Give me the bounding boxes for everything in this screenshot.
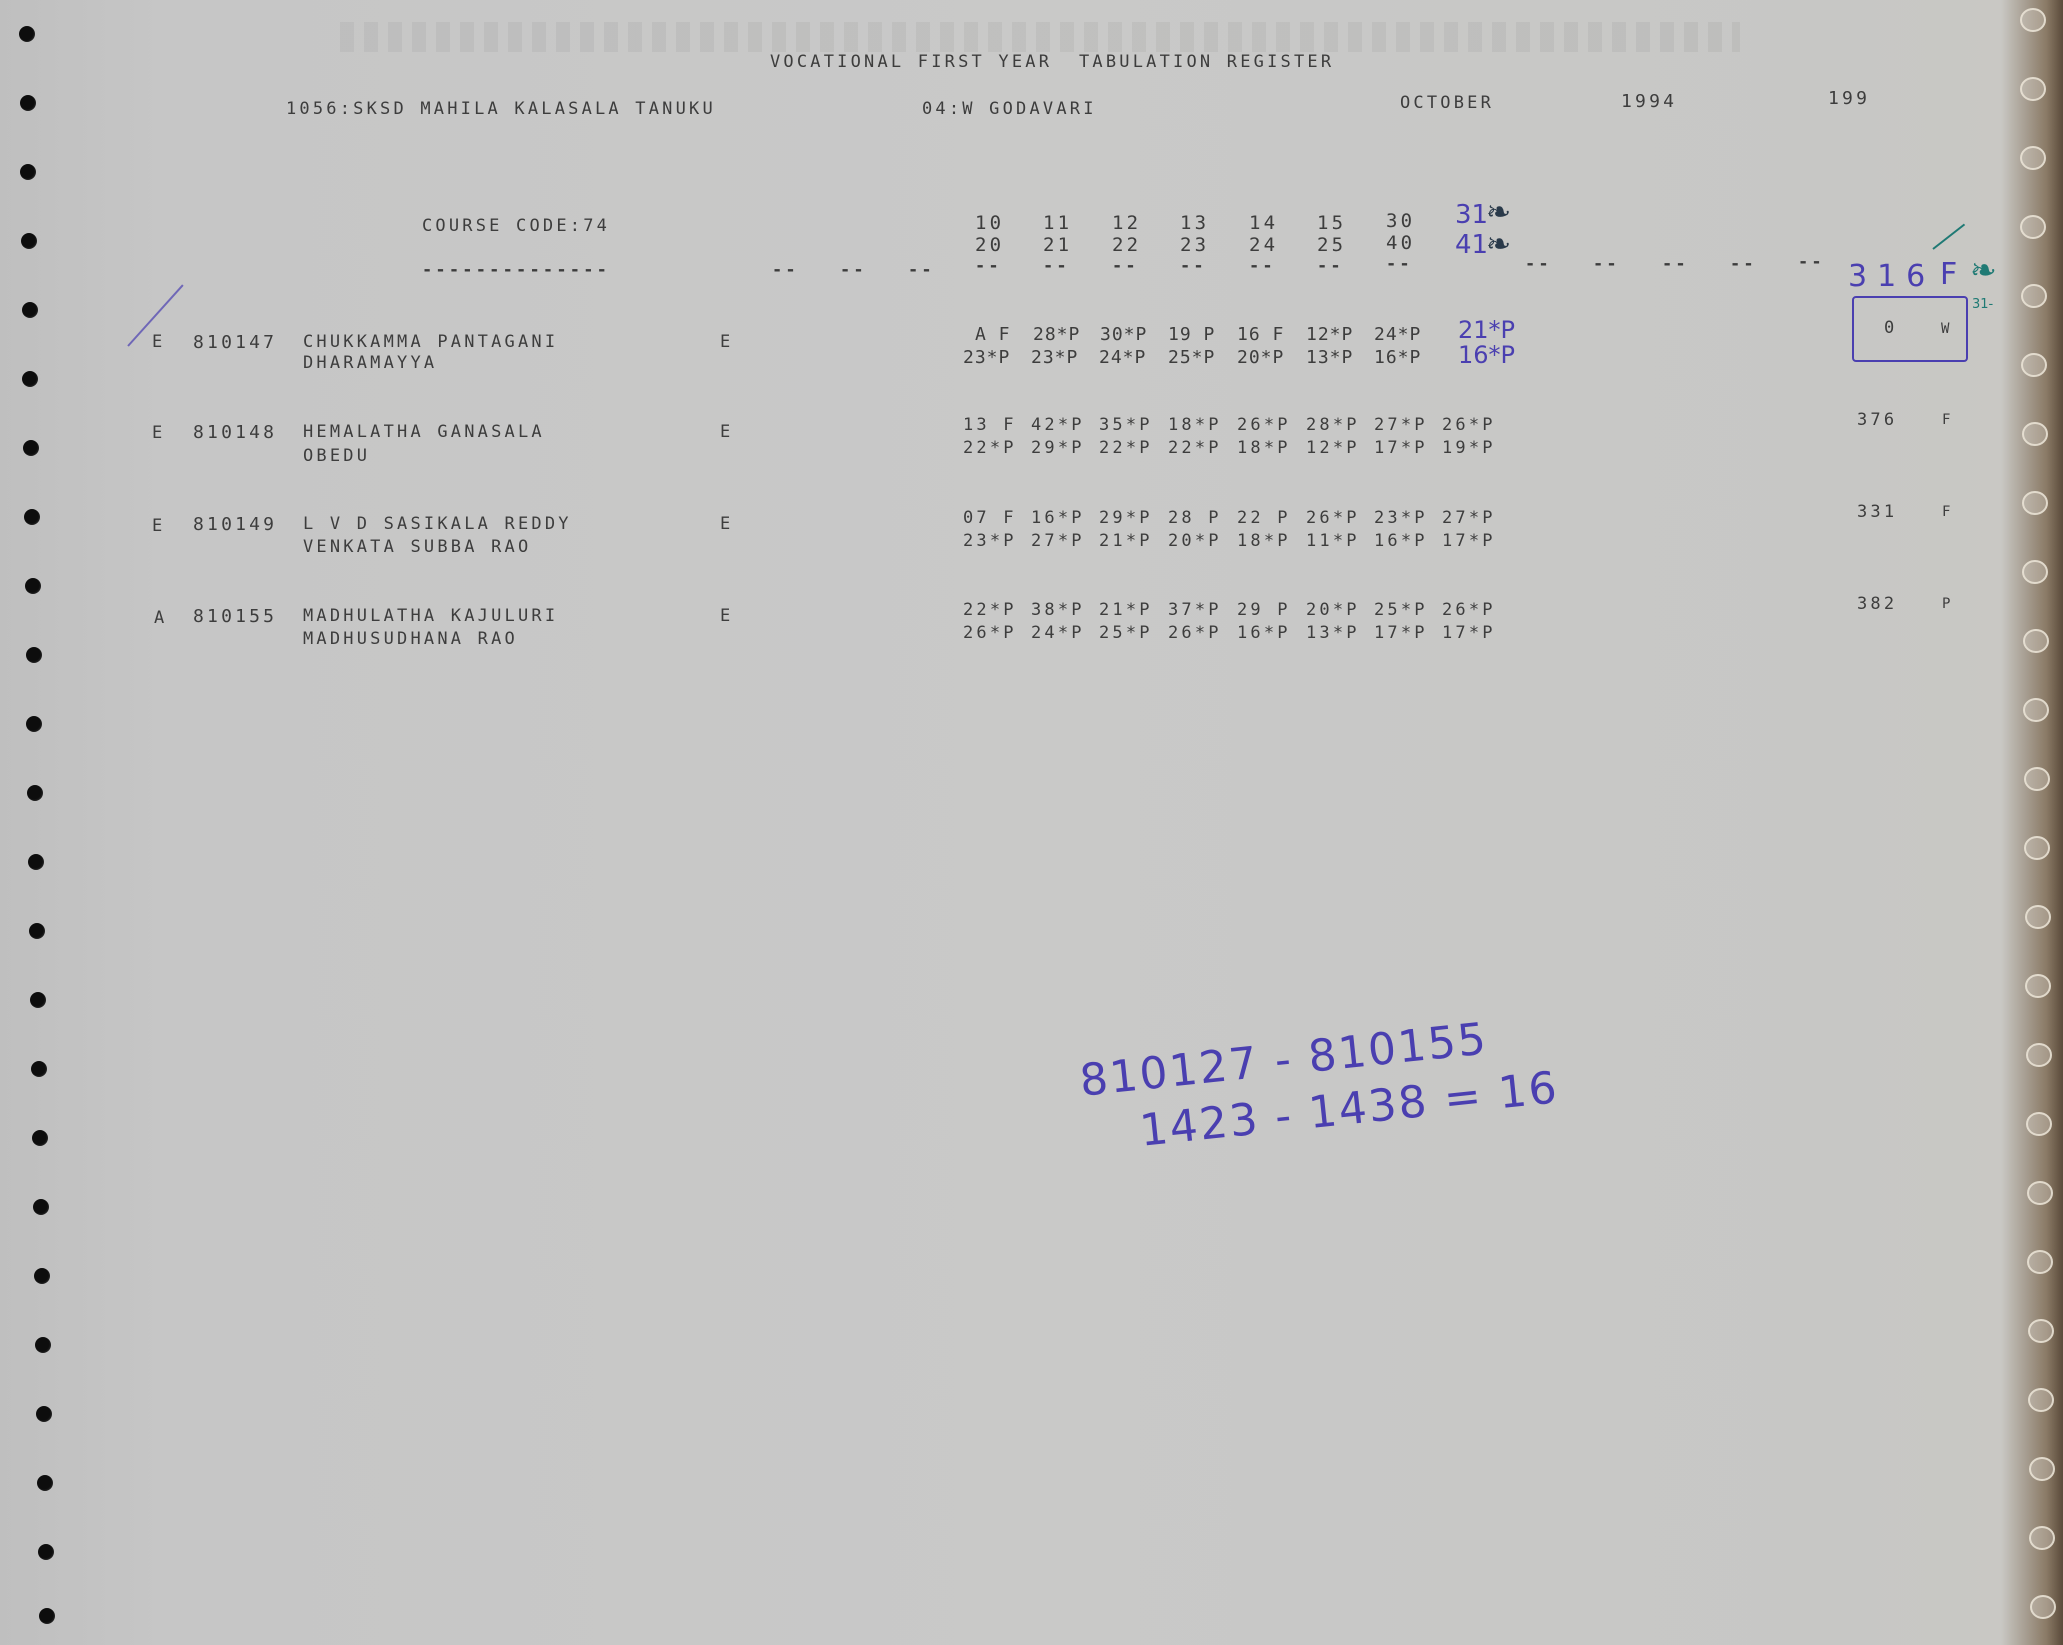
subject-code: 40 [1386, 234, 1415, 253]
page-number: 199 [1828, 90, 1870, 108]
subject-mark: 28 P [1168, 510, 1222, 527]
student-name: CHUKKAMMA PANTAGANI [303, 334, 558, 351]
subject-mark: A F [975, 326, 1011, 344]
header-dash: -- [1593, 256, 1620, 273]
subject-mark: 21*P [1099, 533, 1153, 550]
punch-hole [23, 440, 39, 456]
roll-number: 810149 [193, 516, 277, 534]
punch-hole [2024, 836, 2050, 860]
subject-mark: 16*P [1374, 533, 1428, 550]
header-dash: -- [908, 262, 935, 279]
student-name: MADHULATHA KAJULURI [303, 608, 558, 625]
punch-hole [2021, 353, 2047, 377]
punch-hole [26, 716, 42, 732]
subject-mark: 26*P [1306, 510, 1360, 527]
subject-mark: 23*P [1031, 349, 1078, 367]
punch-hole [2026, 1112, 2052, 1136]
medium: E [720, 608, 733, 625]
subject-mark: 24*P [1031, 625, 1085, 642]
punch-hole [33, 1199, 49, 1215]
initial-signature-icon: ❧ [1486, 230, 1511, 260]
subject-mark: 20*P [1306, 602, 1360, 619]
subject-mark: 27*P [1442, 510, 1496, 527]
subject-mark: 13*P [1306, 625, 1360, 642]
subject-mark: 18*P [1237, 440, 1291, 457]
subject-mark: 11*P [1306, 533, 1360, 550]
subject-mark: 37*P [1168, 602, 1222, 619]
subject-mark: 27*P [1031, 533, 1085, 550]
subject-mark: 26*P [963, 625, 1017, 642]
subject-code: 13 [1180, 214, 1209, 233]
subject-mark: 22*P [1099, 440, 1153, 457]
punch-hole [28, 854, 44, 870]
roll-number: 810147 [193, 334, 277, 352]
total-marks: 382 [1857, 596, 1897, 613]
roll-number: 810155 [193, 608, 277, 626]
punch-hole [2029, 1457, 2055, 1481]
subject-code: 10 [975, 214, 1004, 233]
result: P [1942, 597, 1954, 611]
punch-hole [2029, 1526, 2055, 1550]
punch-hole [2028, 1388, 2054, 1412]
subject-mark: 22*P [1168, 440, 1222, 457]
handwritten-result: F [1940, 260, 1957, 290]
tick-mark-icon [1932, 224, 1965, 250]
subject-mark: 16 F [1237, 326, 1284, 344]
subject-code: 12 [1112, 214, 1141, 233]
header-dash: -- [1112, 258, 1139, 275]
subject-mark: 29*P [1099, 510, 1153, 527]
medium: E [720, 334, 733, 351]
subject-code: 23 [1180, 236, 1209, 255]
header-dash: -- [1043, 258, 1070, 275]
subject-mark: 22 P [1237, 510, 1291, 527]
punch-hole [38, 1544, 54, 1560]
district: 04:W GODAVARI [922, 101, 1097, 118]
subject-mark: 29 P [1237, 602, 1291, 619]
header-dash: -- [1798, 254, 1825, 271]
subject-mark: 23*P [963, 533, 1017, 550]
exam-month: OCTOBER [1400, 95, 1494, 112]
result: F [1942, 505, 1954, 519]
initial-signature-icon: ❧ [1486, 198, 1511, 228]
parent-name: VENKATA SUBBA RAO [303, 539, 531, 556]
total-marks: 331 [1857, 504, 1897, 521]
college-name: 1056:SKSD MAHILA KALASALA TANUKU [286, 101, 716, 118]
punch-hole [2023, 629, 2049, 653]
subject-mark: 13*P [1306, 349, 1353, 367]
subject-mark: 26*P [1168, 625, 1222, 642]
total-marks: 376 [1857, 412, 1897, 429]
handwritten-total: 316 [1848, 262, 1935, 292]
punch-hole [2020, 77, 2046, 101]
header-dash: -- [975, 258, 1002, 275]
punch-hole [32, 1130, 48, 1146]
subject-mark: 26*P [1442, 602, 1496, 619]
punch-hole [34, 1268, 50, 1284]
bleed-through-text [340, 22, 1740, 52]
subject-mark: 22*P [963, 440, 1017, 457]
punch-hole [2022, 491, 2048, 515]
medium: E [720, 424, 733, 441]
punch-hole [2027, 1250, 2053, 1274]
course-code: COURSE CODE:74 [422, 218, 610, 235]
parent-name: DHARAMAYYA [303, 355, 437, 372]
punch-hole [22, 371, 38, 387]
punch-hole [2023, 698, 2049, 722]
subject-mark: 20*P [1168, 533, 1222, 550]
subject-mark: 19*P [1442, 440, 1496, 457]
header-dash: -- [840, 262, 867, 279]
punch-hole [26, 647, 42, 663]
student-name: L V D SASIKALA REDDY [303, 516, 572, 533]
subject-mark: 18*P [1168, 417, 1222, 434]
punch-hole [22, 302, 38, 318]
subject-mark: 17*P [1374, 625, 1428, 642]
total-marks: 0 [1884, 320, 1897, 337]
subject-mark: 13 F [963, 417, 1017, 434]
subject-code: 14 [1249, 214, 1278, 233]
subject-mark: 07 F [963, 510, 1017, 527]
punch-hole [2022, 560, 2048, 584]
subject-mark: 17*P [1442, 625, 1496, 642]
subject-mark: 16*P [1237, 625, 1291, 642]
subject-mark: 29*P [1031, 440, 1085, 457]
subject-code: 22 [1112, 236, 1141, 255]
subject-mark: 16*P [1374, 349, 1421, 367]
initial-signature-icon: ❧ [1970, 254, 1997, 286]
subject-mark: 27*P [1374, 417, 1428, 434]
subject-mark: 12*P [1306, 326, 1353, 344]
subject-mark: 35*P [1099, 417, 1153, 434]
punch-hole [2030, 1595, 2056, 1619]
subject-mark: 17*P [1374, 440, 1428, 457]
subject-code: 20 [975, 236, 1004, 255]
subject-code: 25 [1317, 236, 1346, 255]
header-dash: -- [1180, 258, 1207, 275]
exam-year: 1994 [1621, 93, 1677, 111]
subject-mark: 22*P [963, 602, 1017, 619]
header-dash: -- [1662, 256, 1689, 273]
punch-hole [2026, 1043, 2052, 1067]
subject-mark: 25*P [1168, 349, 1215, 367]
subject-mark: 24*P [1099, 349, 1146, 367]
subject-mark: 12*P [1306, 440, 1360, 457]
student-status: E [152, 334, 165, 351]
student-status: A [154, 610, 167, 627]
subject-code: 21 [1043, 236, 1072, 255]
punch-hole [31, 1061, 47, 1077]
student-status: E [152, 518, 165, 535]
punch-hole [20, 95, 36, 111]
punch-hole [2020, 146, 2046, 170]
punch-hole [36, 1406, 52, 1422]
punch-hole [2020, 8, 2046, 32]
punch-hole [2020, 215, 2046, 239]
subject-mark: 24*P [1374, 326, 1421, 344]
subject-code: 11 [1043, 214, 1072, 233]
tabulation-register-sheet: VOCATIONAL FIRST YEAR TABULATION REGISTE… [0, 0, 2063, 1645]
subject-mark: 21*P [1099, 602, 1153, 619]
header-dash: -- [1249, 258, 1276, 275]
punch-hole [35, 1337, 51, 1353]
punch-hole [2025, 974, 2051, 998]
punch-hole [19, 26, 35, 42]
subject-mark: 28*P [1033, 326, 1080, 344]
subject-mark: 26*P [1237, 417, 1291, 434]
subject-mark: 18*P [1237, 533, 1291, 550]
punch-hole [25, 578, 41, 594]
subject-code: 30 [1386, 212, 1415, 231]
header-dash: -- [1525, 256, 1552, 273]
punch-hole [24, 509, 40, 525]
punch-hole [2027, 1181, 2053, 1205]
punch-hole [2024, 767, 2050, 791]
punch-hole [27, 785, 43, 801]
handwritten-mark: 21*P [1458, 318, 1515, 342]
punch-hole [2028, 1319, 2054, 1343]
header-dash: -- [1317, 258, 1344, 275]
punch-hole [21, 233, 37, 249]
handwritten-mark: 16*P [1458, 343, 1515, 367]
punch-hole [39, 1608, 55, 1624]
parent-name: OBEDU [303, 448, 370, 465]
subject-mark: 38*P [1031, 602, 1085, 619]
subject-mark: 17*P [1442, 533, 1496, 550]
medium: E [720, 516, 733, 533]
margin-note: 31- [1972, 298, 1993, 311]
punch-hole [20, 164, 36, 180]
header-dash: -- [1386, 256, 1413, 273]
punch-hole [29, 923, 45, 939]
punch-hole [37, 1475, 53, 1491]
subject-mark: 23*P [963, 349, 1010, 367]
punch-hole [2021, 284, 2047, 308]
parent-name: MADHUSUDHANA RAO [303, 631, 518, 648]
register-title: VOCATIONAL FIRST YEAR TABULATION REGISTE… [770, 54, 1334, 71]
handwritten-subject-code: 31 [1455, 202, 1488, 228]
handwritten-subject-code: 41 [1455, 232, 1488, 258]
subject-mark: 23*P [1374, 510, 1428, 527]
student-name: HEMALATHA GANASALA [303, 424, 545, 441]
result: W [1941, 322, 1953, 336]
header-dash: -- [772, 262, 799, 279]
subject-mark: 42*P [1031, 417, 1085, 434]
subject-code: 24 [1249, 236, 1278, 255]
result: F [1942, 413, 1954, 427]
subject-mark: 25*P [1099, 625, 1153, 642]
subject-mark: 26*P [1442, 417, 1496, 434]
course-underline: -------------- [422, 262, 610, 279]
subject-mark: 20*P [1237, 349, 1284, 367]
subject-mark: 19 P [1168, 326, 1215, 344]
subject-mark: 25*P [1374, 602, 1428, 619]
punch-hole [2025, 905, 2051, 929]
roll-number: 810148 [193, 424, 277, 442]
subject-mark: 28*P [1306, 417, 1360, 434]
subject-mark: 30*P [1100, 326, 1147, 344]
subject-code: 15 [1317, 214, 1346, 233]
header-dash: -- [1730, 256, 1757, 273]
punch-hole [2022, 422, 2048, 446]
subject-mark: 16*P [1031, 510, 1085, 527]
student-status: E [152, 425, 165, 442]
punch-hole [30, 992, 46, 1008]
